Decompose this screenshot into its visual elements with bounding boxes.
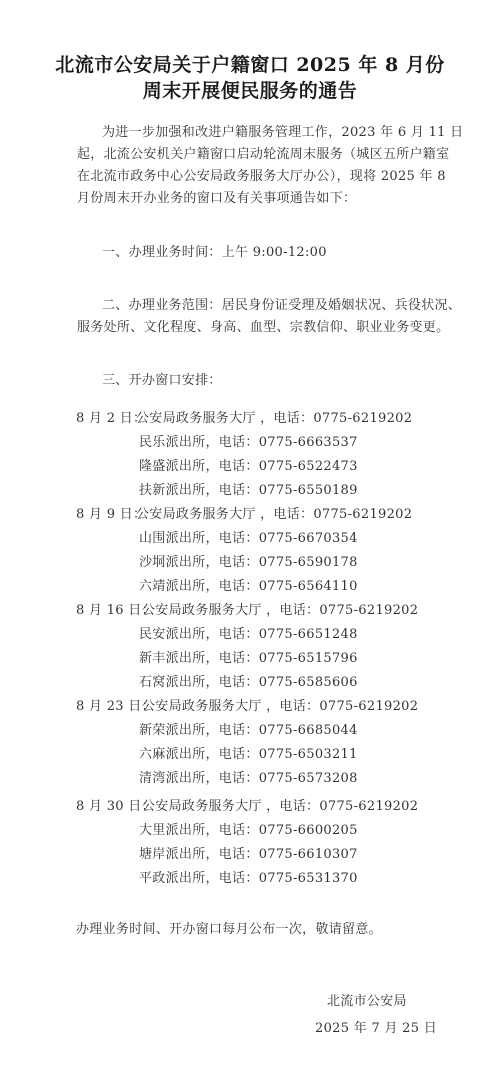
schedule-station: 新丰派出所，电话：0775-6515796 (139, 647, 358, 666)
schedule-station: 六靖派出所，电话：0775-6564110 (139, 575, 358, 594)
intro-line-2: 起，北流公安机关户籍窗口启动轮流周末服务（城区五所户籍室 (77, 143, 449, 162)
schedule-station: 平政派出所，电话：0775-6531370 (139, 867, 358, 886)
closing-note: 办理业务时间、开办窗口每月公布一次，敬请留意。 (76, 918, 382, 937)
schedule-main-hall: 公安局政务服务大厅 ，电话：0775-6219202 (142, 599, 418, 618)
intro-line-4: 月份周末开办业务的窗口及有关事项通告如下： (77, 187, 356, 206)
section-2-line-2: 服务处所、文化程度、身高、血型、宗教信仰、职业业务变更。 (77, 316, 449, 335)
schedule-station: 隆盛派出所，电话：0775-6522473 (139, 455, 358, 474)
schedule-station: 扶新派出所，电话：0775-6550189 (139, 479, 358, 498)
schedule-main-hall: 公安局政务服务大厅 ，电话：0775-6219202 (142, 795, 418, 814)
schedule-station: 沙垌派出所，电话：0775-6590178 (139, 551, 358, 570)
signature-date: 2025 年 7 月 25 日 (315, 1017, 437, 1036)
intro-line-3: 在北流市政务中心公安局政务服务大厅办公），现将 2025 年 8 (77, 165, 446, 184)
section-3-heading: 三、开办窗口安排： (102, 369, 222, 388)
schedule-station: 大里派出所，电话：0775-6600205 (139, 819, 358, 838)
title-line-1: 北流市公安局关于户籍窗口 2025 年 8 月份 (0, 50, 500, 77)
intro-line-1: 为进一步加强和改进户籍服务管理工作，2023 年 6 月 11 日 (102, 121, 463, 140)
schedule-station: 民安派出所，电话：0775-6651248 (139, 623, 358, 642)
schedule-station: 六麻派出所，电话：0775-6503211 (139, 743, 358, 762)
schedule-station: 新荣派出所，电话：0775-6685044 (139, 719, 358, 738)
schedule-station: 塘岸派出所，电话：0775-6610307 (139, 843, 358, 862)
title-line-2: 周末开展便民服务的通告 (0, 76, 500, 103)
schedule-station: 清湾派出所，电话：0775-6573208 (139, 767, 358, 786)
signature-issuer: 北流市公安局 (327, 990, 407, 1009)
schedule-main-hall: 公安局政务服务大厅 ，电话：0775-6219202 (136, 407, 412, 426)
section-2-line-1: 二、办理业务范围：居民身份证受理及婚姻状况、兵役状况、 (102, 294, 461, 313)
schedule-station: 民乐派出所，电话：0775-6663537 (139, 431, 358, 450)
schedule-station: 石窝派出所，电话：0775-6585606 (139, 671, 358, 690)
schedule-main-hall: 公安局政务服务大厅 ，电话：0775-6219202 (142, 695, 418, 714)
schedule-station: 山围派出所，电话：0775-6670354 (139, 527, 358, 546)
schedule-main-hall: 公安局政务服务大厅 ，电话：0775-6219202 (136, 503, 412, 522)
section-1-hours: 一、办理业务时间：上午 9:00-12:00 (102, 241, 327, 260)
